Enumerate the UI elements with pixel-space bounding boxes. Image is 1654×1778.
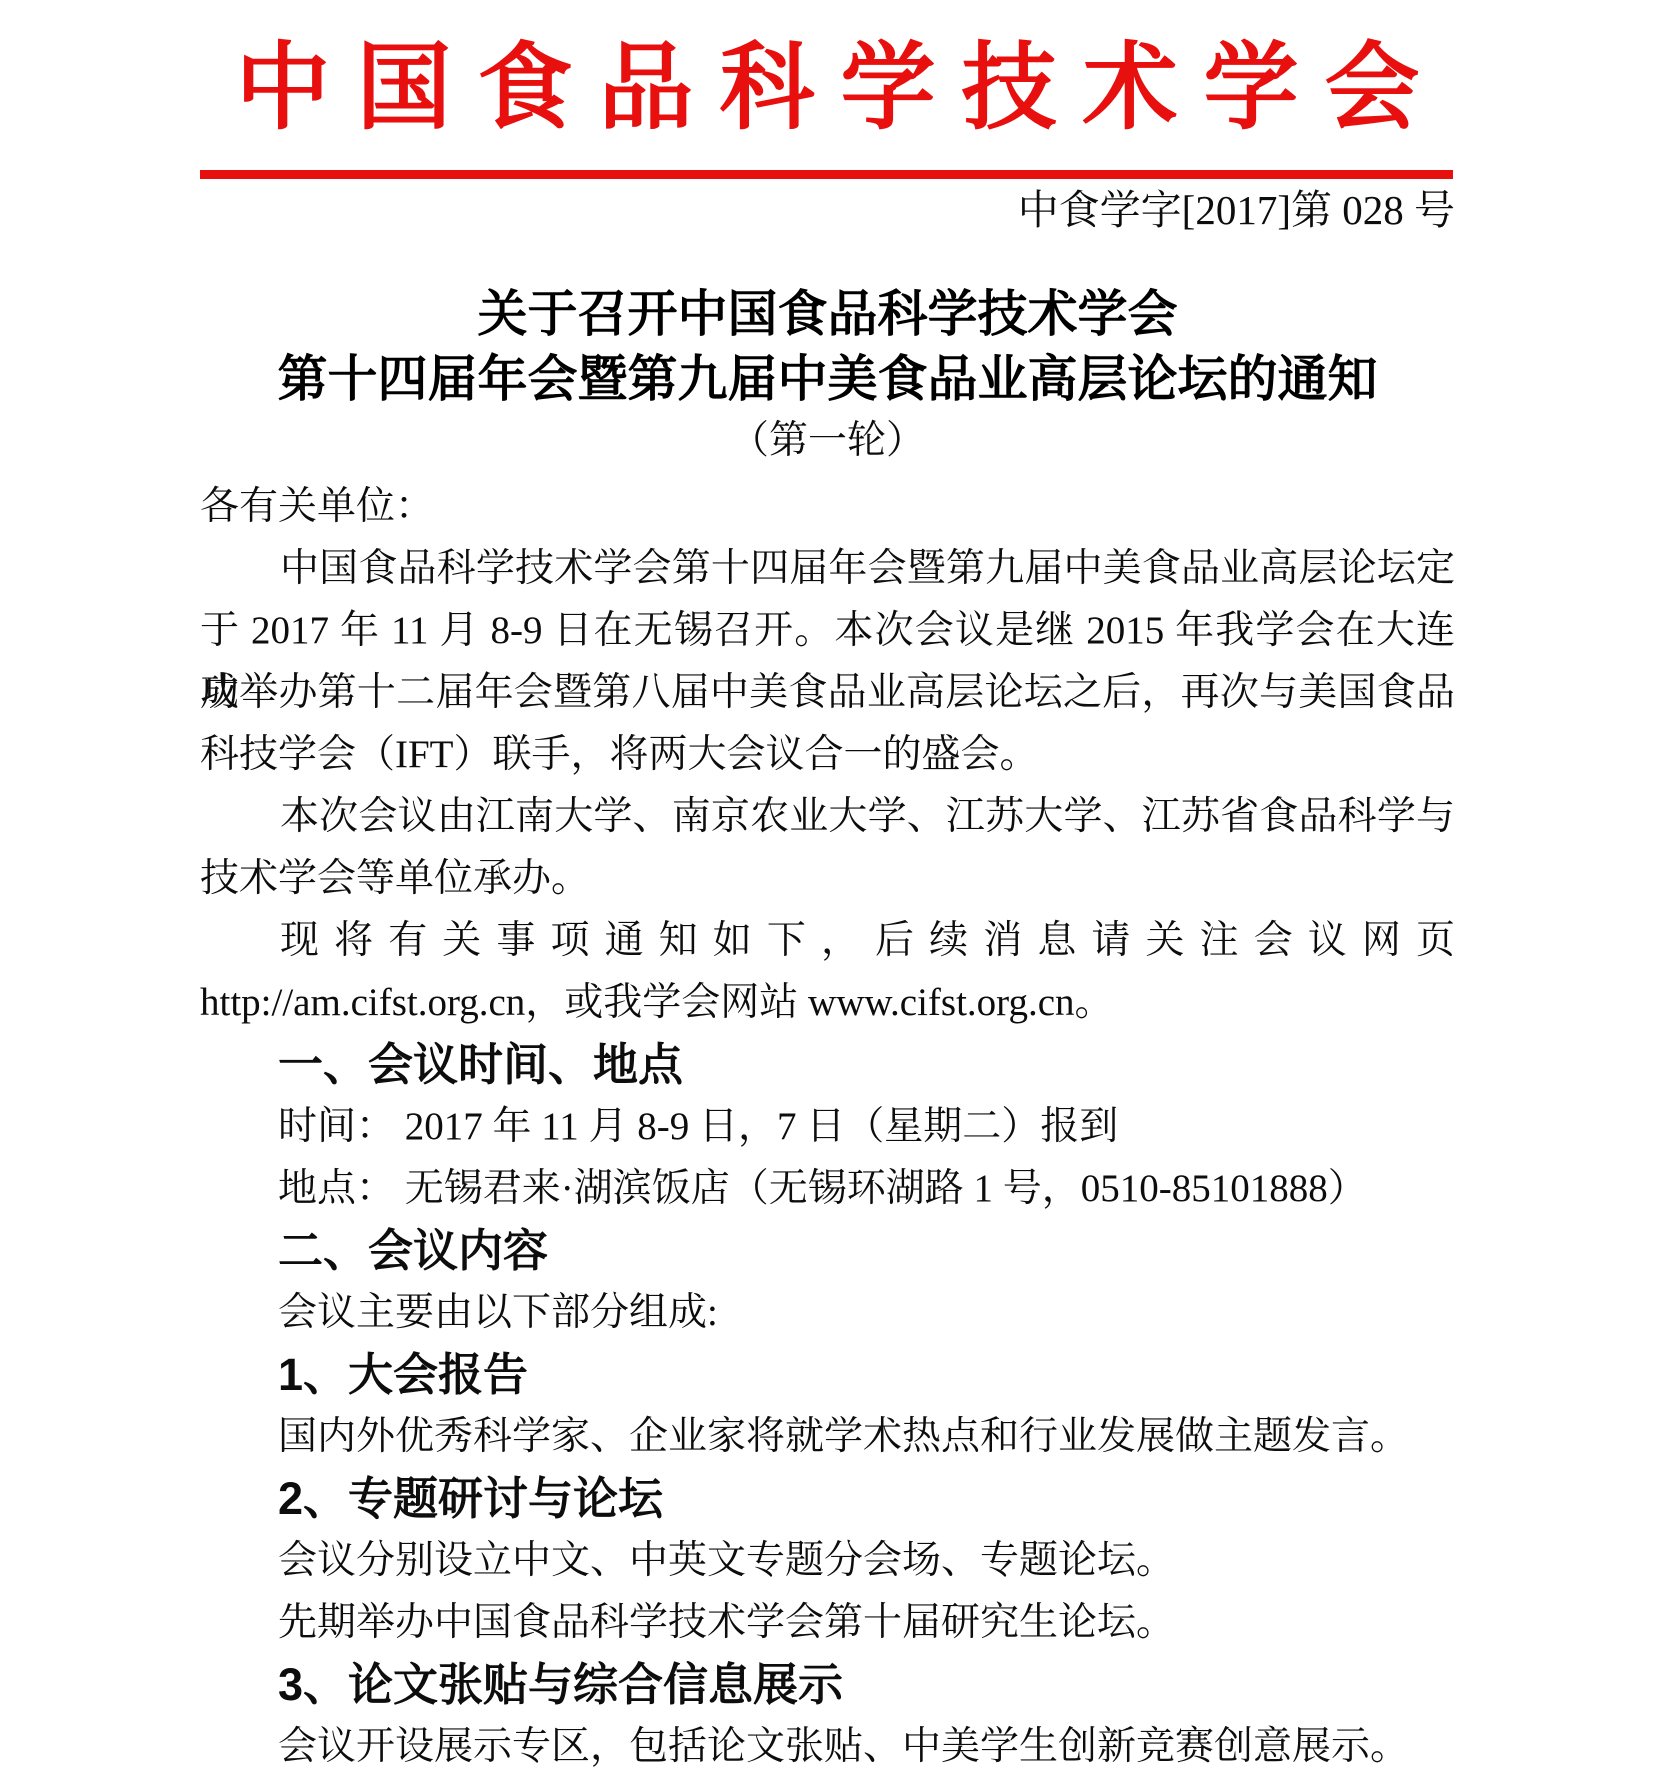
document-line: 中国食品科学技术学会第十四届年会暨第九届中美食品业高层论坛定 xyxy=(200,538,1455,600)
document-line: 本次会议由江南大学、南京农业大学、江苏大学、江苏省食品科学与 xyxy=(200,786,1455,848)
document-line: 会议开设展示专区，包括论文张贴、中美学生创新竞赛创意展示。 xyxy=(200,1716,1455,1778)
organization-name: 中国食品科学技术学会 xyxy=(200,38,1455,138)
document-line: 现将有关事项通知如下，后续消息请关注会议网页 xyxy=(200,910,1455,972)
document-line: 地点： 无锡君来·湖滨饭店（无锡环湖路 1 号，0510-85101888） xyxy=(200,1158,1455,1220)
document-line: 一、会议时间、地点 xyxy=(200,1034,1455,1096)
document-line: 于 2017 年 11 月 8-9 日在无锡召开。本次会议是继 2015 年我学… xyxy=(200,600,1455,662)
document-reference-number: 中食学字[2017]第 028 号 xyxy=(200,185,1455,235)
document-line: 功举办第十二届年会暨第八届中美食品业高层论坛之后，再次与美国食品 xyxy=(200,662,1455,724)
document-line: 先期举办中国食品科学技术学会第十届研究生论坛。 xyxy=(200,1592,1455,1654)
document-line: 各有关单位： xyxy=(200,476,1455,538)
notice-title-line-1: 关于召开中国食品科学技术学会 xyxy=(200,282,1455,347)
document-line: 国内外优秀科学家、企业家将就学术热点和行业发展做主题发言。 xyxy=(200,1406,1455,1468)
document-line: 会议分别设立中文、中英文专题分会场、专题论坛。 xyxy=(200,1530,1455,1592)
document-line: http://am.cifst.org.cn，或我学会网站 www.cifst.… xyxy=(200,972,1455,1034)
document-line: 会议主要由以下部分组成: xyxy=(200,1282,1455,1344)
notice-round-label: （第一轮） xyxy=(200,412,1455,470)
document-line: 科技学会（IFT）联手，将两大会议合一的盛会。 xyxy=(200,724,1455,786)
document-line: 时间： 2017 年 11 月 8-9 日，7 日（星期二）报到 xyxy=(200,1096,1455,1158)
document-page: 中国食品科学技术学会 中食学字[2017]第 028 号 关于召开中国食品科学技… xyxy=(0,0,1654,1778)
document-line: 二、会议内容 xyxy=(200,1220,1455,1282)
document-line: 1、大会报告 xyxy=(200,1344,1455,1406)
document-line: 3、论文张贴与综合信息展示 xyxy=(200,1654,1455,1716)
red-divider-line xyxy=(200,170,1453,179)
document-line: 2、专题研讨与论坛 xyxy=(200,1468,1455,1530)
notice-title-block: 关于召开中国食品科学技术学会 第十四届年会暨第九届中美食品业高层论坛的通知 （第… xyxy=(200,282,1455,470)
document-line: 技术学会等单位承办。 xyxy=(200,848,1455,910)
notice-title-line-2: 第十四届年会暨第九届中美食品业高层论坛的通知 xyxy=(200,347,1455,412)
document-body: 各有关单位：中国食品科学技术学会第十四届年会暨第九届中美食品业高层论坛定于 20… xyxy=(200,476,1455,1778)
